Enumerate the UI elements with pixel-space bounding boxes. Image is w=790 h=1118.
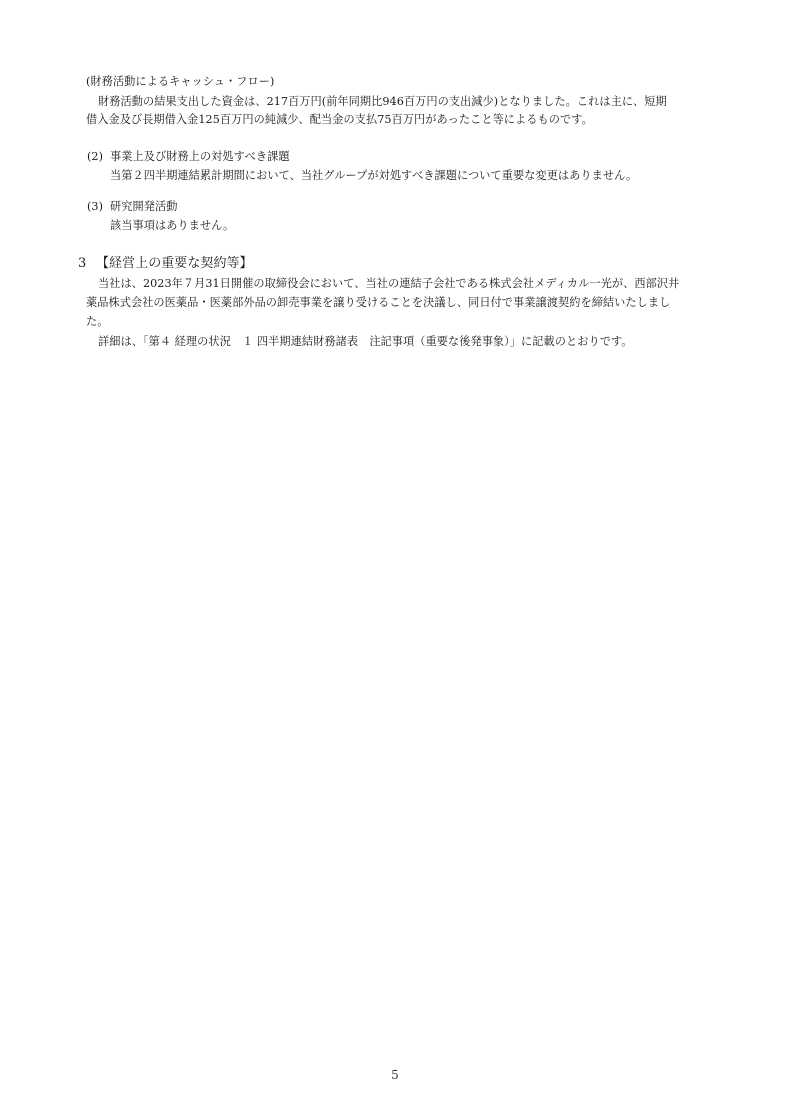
- section-3-body: 該当事項はありません。: [110, 219, 234, 233]
- page-number: 5: [0, 1068, 790, 1082]
- section-3-number: (3): [87, 200, 103, 214]
- section-3-title: 研究開発活動: [110, 200, 177, 214]
- chapter-3-paragraph-line-3: た。: [86, 315, 108, 329]
- section-2-number: (2): [87, 150, 103, 164]
- cashflow-financing-paragraph-line-2: 借入金及び長期借入金125百万円の純減少、配当金の支払75百万円があったこと等に…: [86, 113, 593, 127]
- chapter-3-detail-reference: 詳細は、「第４ 経理の状況 １ 四半期連結財務諸表 注記事項（重要な後発事象）」…: [98, 335, 633, 349]
- cashflow-financing-paragraph-line-1: 財務活動の結果支出した資金は、217百万円(前年同期比946百万円の支出減少)と…: [98, 95, 667, 109]
- chapter-3-title: 【経営上の重要な契約等】: [96, 256, 253, 272]
- cashflow-financing-heading: (財務活動によるキャッシュ・フロー): [86, 75, 274, 89]
- chapter-3-paragraph-line-2: 薬品株式会社の医薬品・医薬部外品の卸売事業を譲り受けることを決議し、同日付で事業…: [86, 296, 670, 310]
- chapter-3-paragraph-line-1: 当社は、2023年７月31日開催の取締役会において、当社の連結子会社である株式会…: [98, 277, 679, 291]
- section-2-body: 当第２四半期連結累計期間において、当社グループが対処すべき課題について重要な変更…: [110, 169, 637, 183]
- chapter-3-number: 3: [78, 256, 86, 272]
- document-page: (財務活動によるキャッシュ・フロー) 財務活動の結果支出した資金は、217百万円…: [0, 0, 790, 1118]
- section-2-title: 事業上及び財務上の対処すべき課題: [110, 150, 290, 164]
